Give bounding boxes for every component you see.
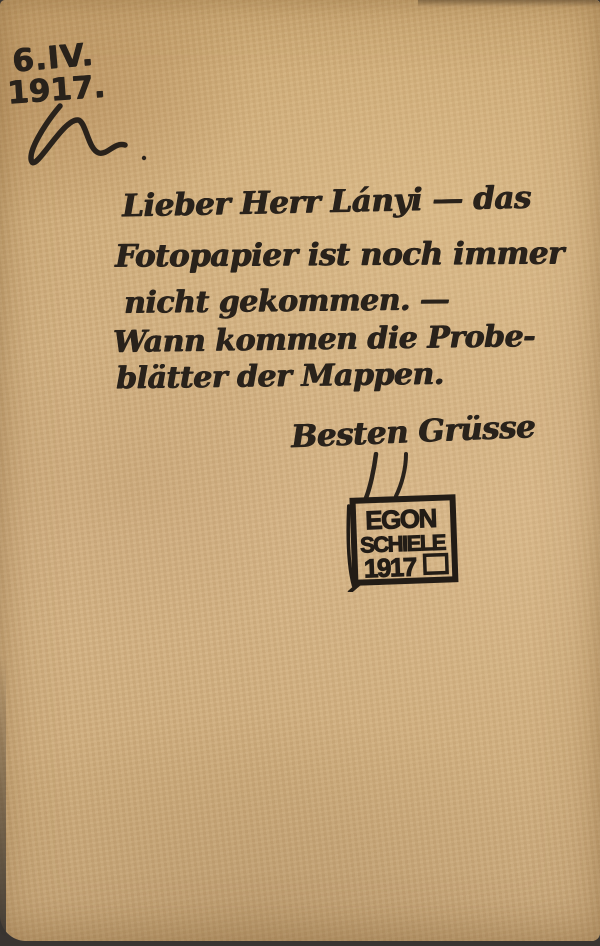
paper-edge-shadow [0, 656, 6, 936]
ink-flourish-icon [8, 100, 158, 178]
message-line: nicht gekommen. — [124, 282, 450, 320]
postcard-paper: 6.IV. 1917. Lieber Herr Lányi — das Foto… [0, 0, 600, 941]
paper-smudge-top [418, 0, 600, 7]
message-line: Wann kommen die Probe- [113, 319, 535, 360]
closing-signature: Besten Grüsse [290, 409, 536, 455]
message-line: Fotopapier ist noch immer [115, 235, 564, 274]
artist-stamp: EGON SCHIELE 1917 [344, 490, 466, 592]
message-line: blätter der Mappen. [116, 357, 444, 397]
stamp-line-3: 1917 [363, 552, 417, 584]
date-inscription: 6.IV. 1917. [0, 0, 160, 180]
message-line: Lieber Herr Lányi — das [122, 180, 531, 225]
